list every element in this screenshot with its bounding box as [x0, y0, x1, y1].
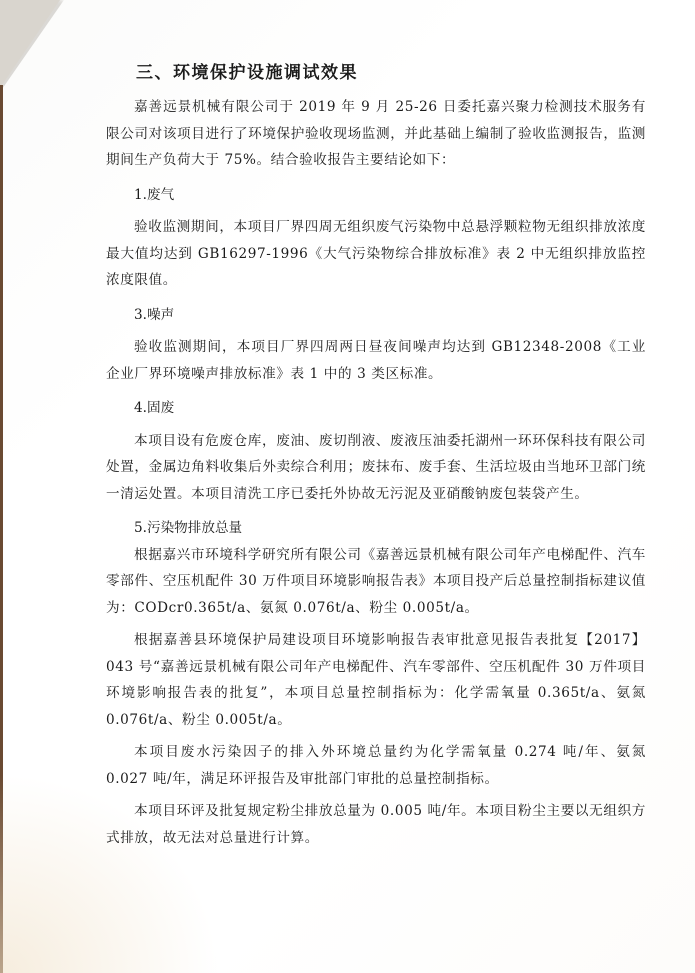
subsection-paragraph: 本项目环评及批复规定粉尘排放总量为 0.005 吨/年。本项目粉尘主要以无组织方… [106, 798, 646, 851]
subsection-heading: 5.污染物排放总量 [106, 515, 646, 542]
document-body: 三、环境保护设施调试效果 嘉善远景机械有限公司于 2019 年 9 月 25-2… [106, 58, 646, 851]
subsection-paragraph: 本项目设有危废仓库，废油、废切削液、废液压油委托湖州一环环保科技有限公司处置，金… [106, 428, 646, 508]
subsection-paragraph: 验收监测期间，本项目厂界四周无组织废气污染物中总悬浮颗粒物无组织排放浓度最大值均… [106, 214, 646, 294]
subsection-paragraph: 根据嘉善县环境保护局建设项目环境影响报告表审批意见报告表批复【2017】043 … [106, 627, 646, 733]
subsection-pollutant-total: 5.污染物排放总量 根据嘉兴市环境科学研究所有限公司《嘉善远景机械有限公司年产电… [106, 515, 646, 851]
document-page: 三、环境保护设施调试效果 嘉善远景机械有限公司于 2019 年 9 月 25-2… [0, 0, 695, 973]
subsection-heading: 3.噪声 [106, 302, 646, 329]
subsection-waste-gas: 1.废气 验收监测期间，本项目厂界四周无组织废气污染物中总悬浮颗粒物无组织排放浓… [106, 182, 646, 294]
page-corner-fold [0, 0, 60, 88]
subsection-paragraph: 验收监测期间，本项目厂界四周两日昼夜间噪声均达到 GB12348-2008《工业… [106, 334, 646, 387]
subsection-paragraph: 根据嘉兴市环境科学研究所有限公司《嘉善远景机械有限公司年产电梯配件、汽车零部件、… [106, 542, 646, 622]
subsection-paragraph: 本项目废水污染因子的排入外环境总量约为化学需氧量 0.274 吨/年、氨氮 0.… [106, 739, 646, 792]
subsection-heading: 1.废气 [106, 182, 646, 209]
intro-paragraph: 嘉善远景机械有限公司于 2019 年 9 月 25-26 日委托嘉兴聚力检测技术… [106, 94, 646, 174]
section-title: 三、环境保护设施调试效果 [136, 58, 646, 88]
subsection-solid-waste: 4.固废 本项目设有危废仓库，废油、废切削液、废液压油委托湖州一环环保科技有限公… [106, 395, 646, 507]
subsection-heading: 4.固废 [106, 395, 646, 422]
subsection-noise: 3.噪声 验收监测期间，本项目厂界四周两日昼夜间噪声均达到 GB12348-20… [106, 302, 646, 388]
